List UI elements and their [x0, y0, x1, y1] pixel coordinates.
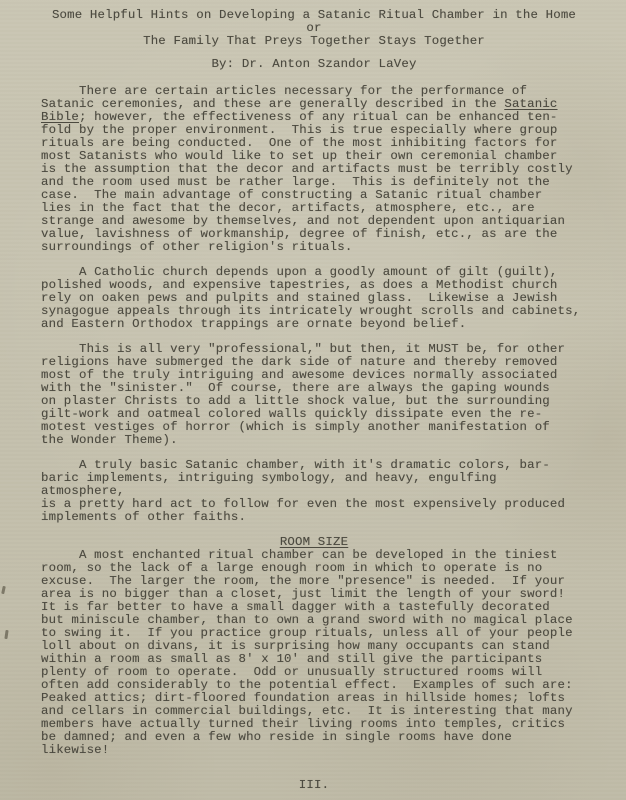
typewritten-content: Some Helpful Hints on Developing a Satan…: [41, 9, 587, 792]
paragraph-3: This is all very "professional," but the…: [41, 343, 587, 447]
byline: By: Dr. Anton Szandor LaVey: [41, 58, 587, 71]
paragraph-5: A most enchanted ritual chamber can be d…: [41, 549, 587, 757]
paragraph-2: A Catholic church depends upon a goodly …: [41, 266, 587, 331]
page-number: III.: [41, 779, 587, 792]
paragraph-4: A truly basic Satanic chamber, with it's…: [41, 459, 587, 524]
title-line-2: The Family That Preys Together Stays Tog…: [41, 35, 587, 48]
document-page: Some Helpful Hints on Developing a Satan…: [0, 0, 626, 800]
scan-artifact: [4, 630, 8, 639]
scan-artifact: [1, 586, 6, 594]
paragraph-1: There are certain articles necessary for…: [41, 85, 587, 254]
room-size-heading-text: ROOM SIZE: [280, 535, 348, 549]
